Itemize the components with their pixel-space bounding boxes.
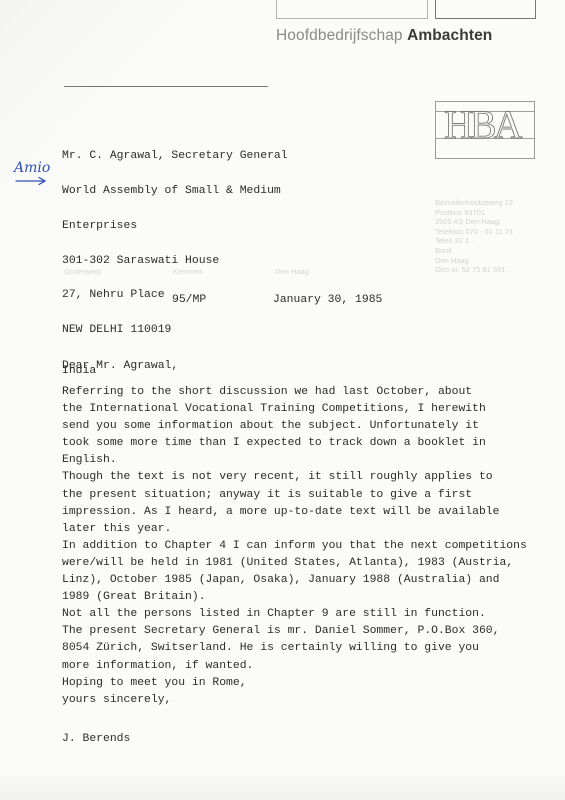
sender-address-line: Bezuidenhoutseweg 12: [435, 198, 513, 208]
recipient-address: Mr. C. Agrawal, Secretary General World …: [62, 128, 288, 389]
sender-address-block: Bezuidenhoutseweg 12 Postbus 93701 2509 …: [435, 198, 513, 275]
reference-label: Kenmerk: [173, 267, 203, 276]
body-line: the International Vocational Training Co…: [62, 401, 527, 418]
handwritten-annotation-text: Amio: [14, 160, 50, 176]
body-line: later this year.: [62, 521, 527, 538]
body-line: Not all the persons listed in Chapter 9 …: [62, 606, 527, 623]
letter-date: January 30, 1985: [273, 294, 382, 306]
sender-address-line: Den Haag: [435, 256, 513, 266]
body-line: took some more time than I expected to t…: [62, 435, 527, 452]
reference-code: 95/MP: [172, 294, 206, 306]
body-line: the present situation; anyway it is suit…: [62, 487, 527, 504]
salutation: Dear Mr. Agrawal,: [62, 360, 178, 372]
organization-name-light: Hoofdbedrijfschap: [276, 27, 403, 44]
body-line: English.: [62, 452, 527, 469]
sender-address-line: Postbus 93701: [435, 208, 513, 218]
body-line: yours sincerely,: [62, 692, 527, 709]
recipient-line: World Assembly of Small & Medium: [62, 186, 288, 198]
organization-name: Hoofdbedrijfschap Ambachten: [276, 27, 492, 45]
body-line: In addition to Chapter 4 I can inform yo…: [62, 538, 527, 555]
window-box-right: [435, 0, 536, 19]
letter-body: Referring to the short discussion we had…: [62, 384, 527, 709]
subject-label: Onderwerp: [64, 267, 101, 276]
recipient-line: NEW DELHI 110019: [62, 325, 288, 337]
body-line: Linz), October 1985 (Japan, Osaka), Janu…: [62, 572, 527, 589]
address-rule-line: [64, 86, 268, 87]
recipient-line: Enterprises: [62, 221, 288, 233]
arrow-right-icon: [14, 176, 48, 186]
sender-address-line: 2509 AS Den Haag: [435, 217, 513, 227]
body-line: Though the text is not very recent, it s…: [62, 469, 527, 486]
body-line: The present Secretary General is mr. Dan…: [62, 623, 527, 640]
body-line: send you some information about the subj…: [62, 418, 527, 435]
recipient-line: Mr. C. Agrawal, Secretary General: [62, 151, 288, 163]
sender-address-line: Telefoon 070 - 51 11 71: [435, 227, 513, 237]
signature-name: J. Berends: [62, 733, 130, 745]
place-label: Den Haag: [275, 267, 309, 276]
sender-address-line: Giro nr. 52 75 81 651: [435, 265, 513, 275]
hba-logo: HBA: [435, 101, 535, 159]
handwritten-annotation: Amio: [14, 160, 50, 186]
recipient-line: 301-302 Saraswati House: [62, 256, 288, 268]
body-line: 8054 Zürich, Switserland. He is certainl…: [62, 640, 527, 657]
sender-address-line: Bank: [435, 246, 513, 256]
body-line: 1989 (Great Britain).: [62, 589, 527, 606]
window-box-left: [276, 0, 428, 19]
body-line: impression. As I heard, a more up-to-dat…: [62, 504, 527, 521]
body-line: Hoping to meet you in Rome,: [62, 675, 527, 692]
body-line: more information, if wanted.: [62, 658, 527, 675]
organization-name-bold: Ambachten: [407, 27, 492, 44]
body-line: were/will be held in 1981 (United States…: [62, 555, 527, 572]
logo-letters: HBA: [444, 105, 519, 145]
sender-address-line: Telex 32 1..: [435, 236, 513, 246]
body-line: Referring to the short discussion we had…: [62, 384, 527, 401]
